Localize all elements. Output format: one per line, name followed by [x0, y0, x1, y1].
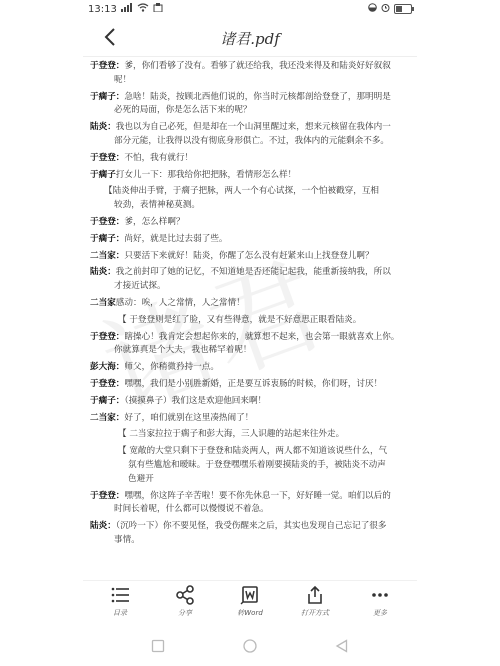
back-button[interactable]	[103, 26, 117, 54]
dialogue-paragraph: 于瘸子：尚好，就是比过去弱了些。	[90, 233, 420, 247]
notification-icon	[153, 3, 163, 15]
status-time: 13:13	[88, 4, 117, 15]
speaker-name: 于登登：	[90, 332, 124, 342]
dialogue-paragraph: 于瘸子：（摸摸鼻子）我们这是欢迎他回来啊！	[90, 395, 420, 409]
line-text: 你就算真是个大夫，我也稀罕着呢！	[114, 345, 252, 355]
line-text: 尚好，就是比过去弱了些。	[124, 234, 227, 244]
dialogue-paragraph: 于瘸子打女儿一下：那我给你把把脉，看情形怎么样！	[90, 169, 420, 183]
status-bar: 13:13	[88, 0, 412, 18]
line-text: 爹，怎么样啊？	[124, 217, 184, 227]
dialogue-paragraph: 二当家：只要活下来就好！陆炎，你醒了怎么没有赶紧来山上找登登儿啊？	[90, 250, 420, 264]
line-text: 我之前封印了她的记忆，不知道她是否还能记起我，能重新接纳我，所以	[116, 267, 391, 277]
dialogue-paragraph: 于登登：爹，怎么样啊？	[90, 216, 420, 230]
system-nav-bar	[0, 632, 500, 660]
toolbar-label: 转Word	[237, 608, 263, 618]
bottom-toolbar: 目录 分享 转Word 打开方式 更多	[83, 580, 417, 623]
toolbar-item-more[interactable]: 更多	[355, 581, 405, 623]
dialogue-paragraph: 于登登：不怕，我有就行！	[90, 152, 420, 166]
stage-direction: 【陆炎伸出手臂，于瘸子把脉，两人一个有心试探，一个怕被戳穿，互相较劲，表情神秘莫…	[90, 185, 420, 213]
line-text: 必死的局面，你是怎么活下来的呢？	[114, 105, 252, 115]
dialogue-paragraph: 于瘸子：急啥！陆炎，按顾北西他们说的，你当时元核都剖给登登了，那明明是必死的局面…	[90, 91, 420, 119]
line-text: 好了，咱们就别在这里凑热闹了！	[124, 413, 253, 423]
line-text: 爹，你们看够了没有。看够了就还给我，我还没来得及和陆炎好好叙叙	[124, 61, 390, 71]
line-text: 较劲，表情神秘莫测。	[114, 200, 200, 210]
line-text: 嘿嘿，你这阵子辛苦啦！要不你先休息一下，好好睡一觉。咱们以后的	[124, 491, 390, 501]
signal-icon	[121, 3, 133, 15]
speaker-name: 于登登：	[90, 379, 124, 389]
line-text: 只要活下来就好！陆炎，你醒了怎么没有赶紧来山上找登登儿啊？	[124, 251, 373, 261]
line-text: 时间长着呢，什么都可以慢慢说不着急。	[114, 504, 269, 514]
line-text: 不怕，我有就行！	[124, 153, 193, 163]
line-text: 嘿嘿，我们是小别胜新婚，正是要互诉衷肠的时候，你们呀，讨厌！	[124, 379, 382, 389]
speaker-name: 于登登：	[90, 61, 124, 71]
line-text: （摸摸鼻子）我们这是欢迎他回来啊！	[124, 396, 266, 406]
toolbar-item-contents[interactable]: 目录	[95, 581, 145, 623]
document-title: 诸君.pdf	[220, 28, 280, 49]
line-text: 【陆炎伸出手臂，于瘸子把脉，两人一个有心试探，一个怕被戳穿，互相	[104, 186, 379, 196]
word-convert-icon	[240, 585, 260, 605]
line-text: 【 二当家拉拉于瘸子和彭大海，三人识趣的站起来往外走。	[118, 429, 344, 439]
line-text: （沉吟一下）你不要见怪，我受伤醒来之后，其实也发现自己忘记了很多	[116, 521, 387, 531]
app-header: 诸君.pdf	[83, 20, 417, 57]
dialogue-paragraph: 彭大海：师父，你稍微矜持一点。	[90, 361, 420, 375]
speaker-name: 于瘸子：	[90, 396, 124, 406]
stage-direction: 【 二当家拉拉于瘸子和彭大海，三人识趣的站起来往外走。	[90, 428, 420, 442]
line-text: 才接近试探。	[114, 281, 166, 291]
speaker-name: 陆炎：	[90, 267, 116, 277]
line-text: 氛有些尴尬和暧昧。于登登嘿嘿乐着刚要摸陆炎的手，被陆炎不动声	[128, 460, 386, 470]
dialogue-paragraph: 于登登：爹，你们看够了没有。看够了就还给我，我还没来得及和陆炎好好叙叙呢！	[90, 60, 420, 88]
line-text: 部分元能，让我得以没有彻底身形俱亡。不过，我体内的元能剩余不多。	[114, 136, 389, 146]
speaker-name: 二当家：	[90, 413, 124, 423]
speaker-name: 于瘸子：	[90, 92, 124, 102]
line-text: 瞎操心！我肯定会想起你来的，就算想不起来，也会第一眼就喜欢上你。	[124, 332, 399, 342]
open-with-icon	[305, 585, 325, 605]
toolbar-label: 更多	[373, 608, 387, 618]
list-icon	[110, 585, 130, 605]
battery-icon	[394, 4, 412, 14]
line-text: 打女儿一下：那我给你把把脉，看情形怎么样！	[116, 170, 296, 180]
back-triangle-icon[interactable]	[335, 639, 349, 653]
wifi-icon	[137, 3, 149, 15]
line-text: 师父，你稍微矜持一点。	[124, 362, 219, 372]
recents-square-icon[interactable]	[151, 639, 165, 653]
stage-direction: 【 于登登则是红了脸，又有些得意，就是不好意思正眼看陆炎。	[90, 314, 420, 328]
speaker-name: 于瘸子：	[90, 234, 124, 244]
speaker-name: 陆炎：	[90, 122, 116, 132]
toolbar-label: 目录	[113, 608, 127, 618]
dialogue-paragraph: 二当家：好了，咱们就别在这里凑热闹了！	[90, 412, 420, 426]
line-text: 事情。	[114, 535, 140, 545]
dialogue-paragraph: 陆炎：我也以为自己必死，但是却在一个山洞里醒过来，想来元核留在我体内一部分元能，…	[90, 121, 420, 149]
dialogue-paragraph: 二当家感动：唉，人之常情，人之常情！	[90, 297, 420, 311]
line-text: 呢！	[114, 75, 131, 85]
home-circle-icon[interactable]	[243, 639, 257, 653]
dialogue-paragraph: 于登登：嘿嘿，我们是小别胜新婚，正是要互诉衷肠的时候，你们呀，讨厌！	[90, 378, 420, 392]
dialogue-paragraph: 陆炎：（沉吟一下）你不要见怪，我受伤醒来之后，其实也发现自己忘记了很多事情。	[90, 520, 420, 548]
line-text: 我也以为自己必死，但是却在一个山洞里醒过来，想来元核留在我体内一	[116, 122, 391, 132]
share-icon	[175, 585, 195, 605]
speaker-name: 陆炎：	[90, 521, 116, 531]
dialogue-paragraph: 陆炎：我之前封印了她的记忆，不知道她是否还能记起我，能重新接纳我，所以才接近试探…	[90, 266, 420, 294]
toolbar-label: 分享	[178, 608, 192, 618]
line-text: 色避开	[128, 474, 154, 484]
toolbar-item-convert-word[interactable]: 转Word	[225, 581, 275, 623]
pdf-page-content[interactable]: 于登登：爹，你们看够了没有。看够了就还给我，我还没来得及和陆炎好好叙叙呢！于瘸子…	[90, 60, 420, 578]
data-saver-icon	[368, 3, 377, 15]
speaker-name: 彭大海：	[90, 362, 124, 372]
chevron-left-icon	[103, 26, 117, 48]
toolbar-label: 打开方式	[301, 608, 329, 618]
stage-direction: 【 宽敞的大堂只剩下于登登和陆炎两人，两人都不知道该说些什么，气氛有些尴尬和暧昧…	[90, 445, 420, 486]
line-text: 【 宽敞的大堂只剩下于登登和陆炎两人，两人都不知道该说些什么，气	[118, 446, 387, 456]
toolbar-item-open-with[interactable]: 打开方式	[290, 581, 340, 623]
speaker-name: 于登登：	[90, 491, 124, 501]
more-icon	[370, 585, 390, 605]
speaker-name: 于瘸子	[90, 170, 116, 180]
alarm-icon	[381, 3, 390, 15]
line-text: 【 于登登则是红了脸，又有些得意，就是不好意思正眼看陆炎。	[118, 315, 361, 325]
dialogue-paragraph: 于登登：嘿嘿，你这阵子辛苦啦！要不你先休息一下，好好睡一觉。咱们以后的时间长着呢…	[90, 490, 420, 518]
line-text: 感动：唉，人之常情，人之常情！	[116, 298, 245, 308]
speaker-name: 于登登：	[90, 153, 124, 163]
dialogue-paragraph: 于登登：瞎操心！我肯定会想起你来的，就算想不起来，也会第一眼就喜欢上你。你就算真…	[90, 331, 420, 359]
toolbar-item-share[interactable]: 分享	[160, 581, 210, 623]
line-text: 急啥！陆炎，按顾北西他们说的，你当时元核都剖给登登了，那明明是	[124, 92, 390, 102]
speaker-name: 于登登：	[90, 217, 124, 227]
speaker-name: 二当家	[90, 298, 116, 308]
speaker-name: 二当家：	[90, 251, 124, 261]
